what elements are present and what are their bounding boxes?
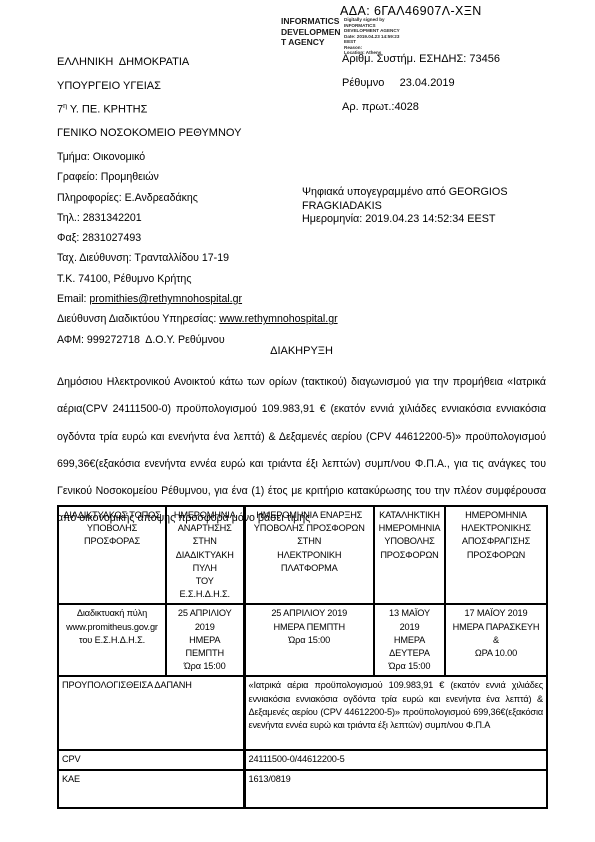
contact-postal-code: Τ.Κ. 74100, Ρέθυμνο Κρήτης — [57, 273, 338, 293]
budget-label-cell: ΠΡΟΥΠΟΛΟΓΙΣΘΕΙΣΑ ΔΑΠΑΝΗ — [58, 676, 244, 750]
contact-block: Τμήμα: Οικονομικό Γραφείο: Προμηθειών Πλ… — [57, 151, 338, 354]
document-title: ΔΙΑΚΗΡΥΞΗ — [57, 345, 546, 357]
kae-label-cell: ΚΑΕ — [58, 770, 244, 808]
ida-stamp-signature-details: Digitally signed by INFORMATICS DEVELOPM… — [344, 16, 400, 56]
contact-website-line: Διεύθυνση Διαδικτύου Υπηρεσίας: www.reth… — [57, 313, 338, 333]
contact-phone: Τηλ.: 2831342201 — [57, 212, 338, 232]
cell-posting-date: 25 ΑΠΡΙΛΙΟΥ 2019 ΗΜΕΡΑ ΠΕΜΠΤΗ Ώρα 15:00 — [166, 604, 244, 676]
contact-email-line: Email: promithies@rethymnohospital.gr — [57, 293, 338, 313]
cell-submission-site: Διαδικτυακή πύλη www.promitheus.gov.gr τ… — [58, 604, 166, 676]
header-posting-date: ΗΜΕΡΟΜΗΝΙΑ ΑΝΑΡΤΗΣΗΣ ΣΤΗΝ ΔΙΑΔΙΚΤΥΑΚΗ ΠΥ… — [166, 506, 244, 604]
budget-row: ΠΡΟΥΠΟΛΟΓΙΣΘΕΙΣΑ ΔΑΠΑΝΗ «Ιατρικά αέρια π… — [58, 676, 547, 750]
email-label: Email: — [57, 293, 89, 305]
contact-department: Τμήμα: Οικονομικό — [57, 151, 338, 171]
kae-value-cell: 1613/0819 — [244, 770, 547, 808]
email-link[interactable]: promithies@rethymnohospital.gr — [89, 293, 242, 305]
issuer-republic: ΕΛΛΗΝΙΚΗ ΔΗΜΟΚΡΑΤΙΑ — [57, 56, 241, 80]
digital-signature-note: Ψηφιακά υπογεγραμμένο από GEORGIOS FRAGK… — [302, 186, 558, 227]
issuer-region-rest: Υ. ΠΕ. ΚΡΗΤΗΣ — [67, 104, 147, 116]
website-label: Διεύθυνση Διαδικτύου Υπηρεσίας: — [57, 313, 219, 325]
header-deadline-date: ΚΑΤΑΛΗΚΤΙΚΗ ΗΜΕΡΟΜΗΝΙΑ ΥΠΟΒΟΛΗΣ ΠΡΟΣΦΟΡΩ… — [374, 506, 445, 604]
contact-address: Ταχ. Διεύθυνση: Τρανταλλίδου 17-19 — [57, 252, 338, 272]
cell-deadline-date: 13 ΜΑΪΟΥ 2019 ΗΜΕΡΑ ΔΕΥΤΕΡΑ Ώρα 15:00 — [374, 604, 445, 676]
header-unsealing-date: ΗΜΕΡΟΜΗΝΙΑ ΗΛΕΚΤΡΟΝΙΚΗΣ ΑΠΟΣΦΡΑΓΙΣΗΣ ΠΡΟ… — [445, 506, 547, 604]
tender-schedule-table: ΔΙΑΔΙΚΤΥΑΚΟΣ ΤΟΠΟΣ ΥΠΟΒΟΛΗΣ ΠΡΟΣΦΟΡΑΣ ΗΜ… — [57, 505, 548, 809]
contact-office: Γραφείο: Προμηθειών — [57, 171, 338, 191]
protocol-block: Αριθμ. Συστήμ. ΕΣΗΔΗΣ: 73456 Ρέθυμνο 23.… — [342, 53, 500, 125]
cpv-row: CPV 24111500-0/44612200-5 — [58, 750, 547, 769]
eshdhs-system-number: Αριθμ. Συστήμ. ΕΣΗΔΗΣ: 73456 — [342, 53, 500, 77]
kae-row: ΚΑΕ 1613/0819 — [58, 770, 547, 808]
header-submission-site: ΔΙΑΔΙΚΤΥΑΚΟΣ ΤΟΠΟΣ ΥΠΟΒΟΛΗΣ ΠΡΟΣΦΟΡΑΣ — [58, 506, 166, 604]
ida-stamp-agency-name: INFORMATICS DEVELOPMEN T AGENCY — [281, 16, 341, 56]
protocol-number: Αρ. πρωτ.:4028 — [342, 101, 500, 125]
issuer-block: ΕΛΛΗΝΙΚΗ ΔΗΜΟΚΡΑΤΙΑ ΥΠΟΥΡΓΕΙΟ ΥΓΕΙΑΣ 7η … — [57, 56, 241, 150]
document-page: ΑΔΑ: 6ΓΑΛ46907Λ-ΧΞΝ INFORMATICS DEVELOPM… — [0, 0, 595, 842]
table-header-row: ΔΙΑΔΙΚΤΥΑΚΟΣ ΤΟΠΟΣ ΥΠΟΒΟΛΗΣ ΠΡΟΣΦΟΡΑΣ ΗΜ… — [58, 506, 547, 604]
issuer-health-region: 7η Υ. ΠΕ. ΚΡΗΤΗΣ — [57, 103, 241, 127]
cpv-label-cell: CPV — [58, 750, 244, 769]
table-values-row: Διαδικτυακή πύλη www.promitheus.gov.gr τ… — [58, 604, 547, 676]
contact-fax: Φαξ: 2831027493 — [57, 232, 338, 252]
budget-text-cell: «Ιατρικά αέρια προϋπολογισμού 109.983,91… — [244, 676, 547, 750]
cell-start-date: 25 ΑΠΡΙΛΙΟΥ 2019 ΗΜΕΡΑ ΠΕΜΠΤΗ Ώρα 15:00 — [244, 604, 374, 676]
header-start-date: ΗΜΕΡΟΜΗΝΙΑ ΕΝΑΡΞΗΣ ΥΠΟΒΟΛΗΣ ΠΡΟΣΦΟΡΩΝ ΣΤ… — [244, 506, 374, 604]
cell-unsealing-date: 17 ΜΑΪΟΥ 2019 ΗΜΕΡΑ ΠΑΡΑΣΚΕΥΗ & ΩΡΑ 10.0… — [445, 604, 547, 676]
cpv-value-cell: 24111500-0/44612200-5 — [244, 750, 547, 769]
issuer-ministry: ΥΠΟΥΡΓΕΙΟ ΥΓΕΙΑΣ — [57, 80, 241, 104]
contact-information: Πληροφορίες: Ε.Ανδρεαδάκης — [57, 192, 338, 212]
issuer-hospital: ΓΕΝΙΚΟ ΝΟΣΟΚΟΜΕΙΟ ΡΕΘΥΜΝΟΥ — [57, 127, 241, 151]
ida-digital-stamp: INFORMATICS DEVELOPMEN T AGENCY Digitall… — [281, 16, 400, 56]
place-and-date: Ρέθυμνο 23.04.2019 — [342, 77, 500, 101]
website-link[interactable]: www.rethymnohospital.gr — [219, 313, 337, 325]
